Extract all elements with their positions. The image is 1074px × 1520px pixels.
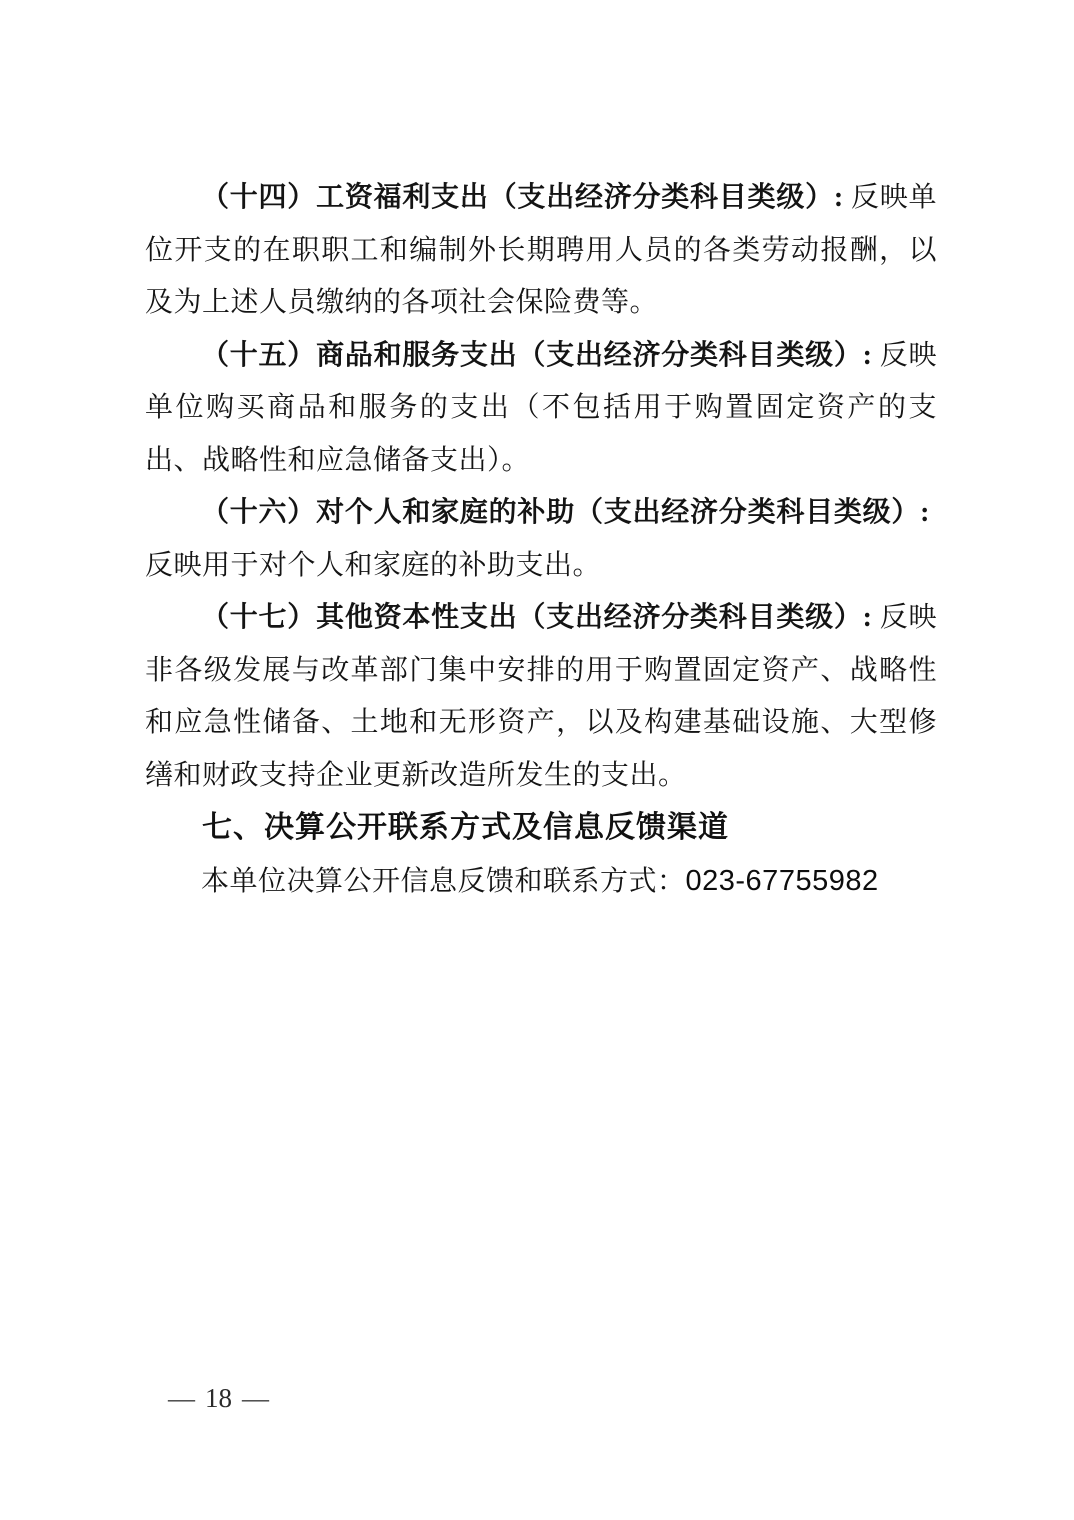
page-number-value: 18 (205, 1383, 232, 1413)
paragraph-17-lead: （十七）其他资本性支出（支出经济分类科目类级）: (201, 602, 872, 633)
paragraph-16: （十六）对个人和家庭的补助（支出经济分类科目类级）:反映用于对个人和家庭的补助支… (145, 487, 937, 592)
paragraph-16-lead: （十六）对个人和家庭的补助（支出经济分类科目类级）: (201, 497, 930, 528)
contact-line: 本单位决算公开信息反馈和联系方式：023-67755982 (145, 855, 937, 909)
contact-label: 本单位决算公开信息反馈和联系方式： (201, 866, 686, 897)
paragraph-16-body: 反映用于对个人和家庭的补助支出。 (145, 550, 601, 581)
page-number-left-dash: — (158, 1383, 205, 1413)
contact-phone: 023-67755982 (686, 865, 879, 897)
section-heading: 七、决算公开联系方式及信息反馈渠道 (145, 802, 937, 855)
paragraph-15: （十五）商品和服务支出（支出经济分类科目类级）:反映单位购买商品和服务的支出（不… (145, 330, 937, 488)
paragraph-14: （十四）工资福利支出（支出经济分类科目类级）:反映单位开支的在职职工和编制外长期… (145, 172, 937, 330)
page-number-right-dash: — (232, 1383, 279, 1413)
document-page: （十四）工资福利支出（支出经济分类科目类级）:反映单位开支的在职职工和编制外长期… (0, 0, 1074, 1520)
page-number: —18— (158, 1383, 279, 1414)
paragraph-17: （十七）其他资本性支出（支出经济分类科目类级）:反映非各级发展与改革部门集中安排… (145, 592, 937, 802)
document-content: （十四）工资福利支出（支出经济分类科目类级）:反映单位开支的在职职工和编制外长期… (145, 172, 937, 908)
paragraph-14-lead: （十四）工资福利支出（支出经济分类科目类级）: (201, 182, 844, 213)
paragraph-15-lead: （十五）商品和服务支出（支出经济分类科目类级）: (201, 340, 872, 371)
